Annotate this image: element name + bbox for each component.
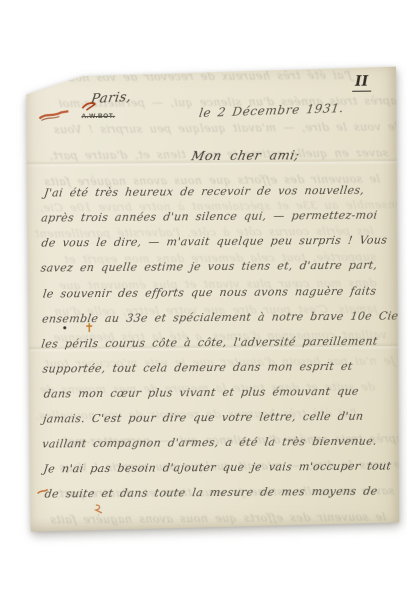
salutation: Mon cher ami; xyxy=(190,147,301,163)
body-line: savez en quelle estime je vous tiens et,… xyxy=(40,259,378,275)
body-line: de vous le dire, — m'avait quelque peu s… xyxy=(41,233,388,249)
letterhead-print-struck: A.W.BOT. xyxy=(81,113,115,120)
paper-sheet: J'ai été très heureux de recevoir de vos… xyxy=(25,62,401,531)
body-line: de suite et dans toute la mesure de mes … xyxy=(44,485,379,501)
page-number-text: II xyxy=(352,74,371,92)
red-chevron-mark xyxy=(81,98,97,112)
body-line: supportée, tout cela demeure dans mon es… xyxy=(42,360,354,376)
date-line: le 2 Décembre 1931. xyxy=(198,101,345,120)
showthrough-line: J'ai été très heureux de recevoir de vos… xyxy=(28,69,353,85)
body-line: le souvenir des efforts que nous avons n… xyxy=(42,285,377,301)
body-line: les périls courus côte à côte, l'adversi… xyxy=(41,335,379,351)
body-line: jamais. C'est pour dire que votre lettre… xyxy=(42,410,364,426)
orange-squiggle-mark xyxy=(93,503,105,515)
body-line: J'ai été très heureux de recevoir de vos… xyxy=(43,184,365,200)
letter-photograph: J'ai été très heureux de recevoir de vos… xyxy=(0,0,407,610)
orange-cross-mark xyxy=(85,322,93,333)
body-line: vaillant compagnon d'armes, a été la trè… xyxy=(41,435,377,451)
red-ink-smudge xyxy=(37,107,71,123)
paper-shadow-wrap: J'ai été très heureux de recevoir de vos… xyxy=(25,62,401,531)
orange-tick-mark xyxy=(37,486,49,496)
ink-dot-mark xyxy=(63,326,66,329)
showthrough-line: de vous le dire, — m'avait quelque peu s… xyxy=(53,120,401,136)
body-line: ensemble au 33e et spécialement à notre … xyxy=(41,309,403,325)
body-line: dans mon cœur plus vivant et plus émouva… xyxy=(43,385,360,401)
body-line: Je n'ai pas besoin d'ajouter que je vais… xyxy=(43,459,392,475)
body-line: après trois années d'un silence qui, — p… xyxy=(40,209,378,225)
page-number-annotation: II xyxy=(352,71,371,90)
